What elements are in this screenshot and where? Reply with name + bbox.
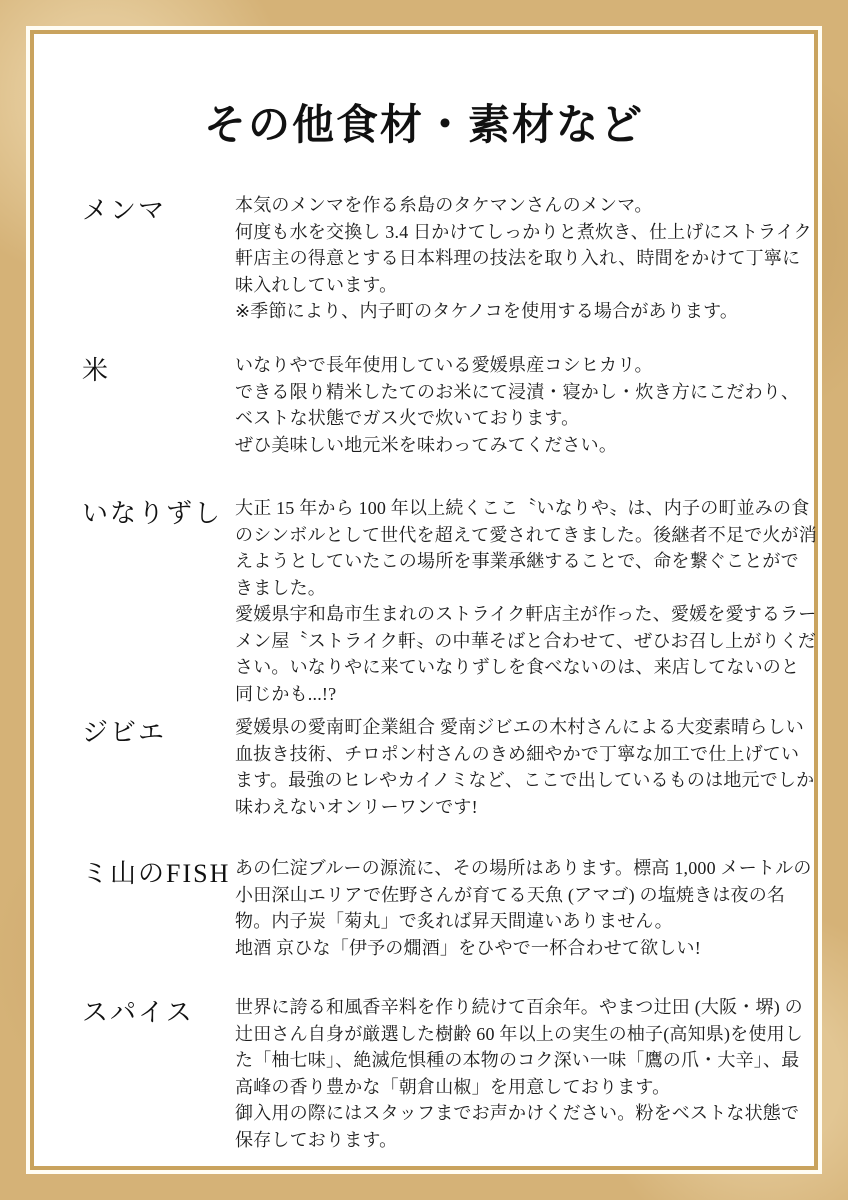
page-content: その他食材・素材など メンマ 本気のメンマを作る糸島のタケマンさんのメンマ。 何… — [0, 0, 848, 1200]
section-body-text: 世界に誇る和風香辛料を作り続けて百余年。やまつ辻田 (大阪・堺) の辻田さん自身… — [235, 994, 817, 1153]
section-body-text: 大正 15 年から 100 年以上続くここ〝いなりや〟は、内子の町並みの食のシン… — [235, 495, 817, 707]
section-body-text: あの仁淀ブルーの源流に、その場所はあります。標高 1,000 メートルの小田深山… — [235, 855, 817, 961]
section-label: 米 — [82, 350, 232, 387]
section-body-text: 本気のメンマを作る糸島のタケマンさんのメンマ。 何度も水を交換し 3.4 日かけ… — [235, 192, 817, 325]
page-title: その他食材・素材など — [0, 92, 848, 152]
section-body-text: いなりやで長年使用している愛媛県産コシヒカリ。 できる限り精米したてのお米にて浸… — [235, 352, 817, 458]
section-body-text: 愛媛県の愛南町企業組合 愛南ジビエの木村さんによる大変素晴らしい血抜き技術、チロ… — [235, 714, 817, 820]
section-label: スパイス — [82, 992, 232, 1029]
section-label: いなりずし — [82, 493, 232, 530]
section-label: ミ山のFISH — [82, 853, 232, 890]
menu-page: { "page": { "title": "その他食材・素材など" }, "co… — [0, 0, 848, 1200]
section-label: ジビエ — [82, 712, 232, 749]
section-label: メンマ — [82, 190, 232, 227]
